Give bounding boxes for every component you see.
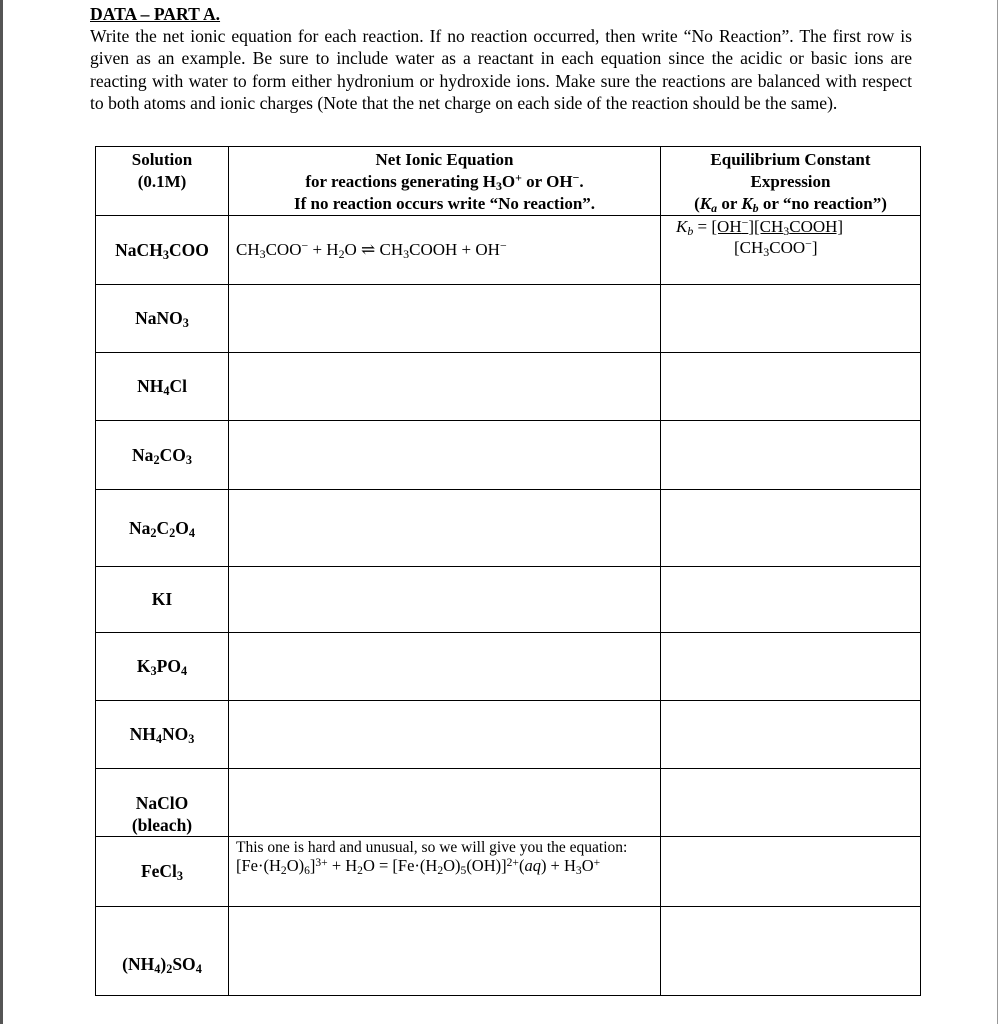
viewer-right-edge: [997, 0, 998, 1024]
table-row: KI: [96, 567, 921, 633]
instructions-text: Write the net ionic equation for each re…: [90, 25, 912, 114]
section-heading: DATA – PART A.: [90, 3, 912, 25]
equation-cell[interactable]: [229, 421, 661, 490]
k-expression-cell[interactable]: [661, 421, 921, 490]
table-row: NH4Cl: [96, 353, 921, 421]
solution-cell: K3PO4: [96, 633, 229, 701]
equation-cell[interactable]: [229, 285, 661, 353]
k-expression-cell[interactable]: [661, 633, 921, 701]
solution-cell: NH4Cl: [96, 353, 229, 421]
equation-cell[interactable]: [229, 701, 661, 769]
k-expression-cell[interactable]: [661, 769, 921, 837]
k-expression-cell[interactable]: [661, 285, 921, 353]
solution-cell: NaCH3COO: [96, 216, 229, 285]
data-table: Solution (0.1M) Net Ionic Equation for r…: [95, 146, 921, 996]
equation-cell[interactable]: [229, 633, 661, 701]
header-equation: Net Ionic Equation for reactions generat…: [229, 147, 661, 216]
table-row: NaCH3COO CH3COO− + H2O ⇌ CH3COOH + OH− K…: [96, 216, 921, 285]
header-solution: Solution (0.1M): [96, 147, 229, 216]
solution-cell: Na2CO3: [96, 421, 229, 490]
table-row: Na2C2O4: [96, 490, 921, 567]
equation-cell[interactable]: [229, 567, 661, 633]
header-equation-subtitle: for reactions generating H3O+ or OH−.: [229, 171, 660, 193]
solution-cell: KI: [96, 567, 229, 633]
given-equation: [Fe·(H2O)6]3+ + H2O = [Fe·(H2O)5(OH)]2+(…: [236, 857, 660, 875]
solution-cell: Na2C2O4: [96, 490, 229, 567]
equation-cell[interactable]: [229, 490, 661, 567]
table-row: K3PO4: [96, 633, 921, 701]
table-row: FeCl3 This one is hard and unusual, so w…: [96, 837, 921, 907]
k-expression-cell[interactable]: [661, 353, 921, 421]
solution-cell: NaNO3: [96, 285, 229, 353]
header-row: Solution (0.1M) Net Ionic Equation for r…: [96, 147, 921, 216]
equation-cell[interactable]: [229, 907, 661, 996]
viewer-left-edge: [0, 0, 3, 1024]
instructions-block: DATA – PART A. Write the net ionic equat…: [90, 3, 912, 114]
solution-cell: (NH4)2SO4: [96, 907, 229, 996]
table-row: NaNO3: [96, 285, 921, 353]
equation-cell[interactable]: [229, 769, 661, 837]
solution-cell: FeCl3: [96, 837, 229, 907]
table-row: (NH4)2SO4: [96, 907, 921, 996]
equation-cell[interactable]: [229, 353, 661, 421]
k-expression-cell[interactable]: [661, 567, 921, 633]
k-expression-cell[interactable]: [661, 837, 921, 907]
solution-cell: NH4NO3: [96, 701, 229, 769]
table-row: Na2CO3: [96, 421, 921, 490]
k-expression-cell[interactable]: [661, 907, 921, 996]
equation-cell[interactable]: CH3COO− + H2O ⇌ CH3COOH + OH−: [229, 216, 661, 285]
equation-note: This one is hard and unusual, so we will…: [236, 839, 660, 857]
solution-cell: NaClO(bleach): [96, 769, 229, 837]
equation-cell[interactable]: This one is hard and unusual, so we will…: [229, 837, 661, 907]
table-row: NaClO(bleach): [96, 769, 921, 837]
k-expression-cell[interactable]: [661, 701, 921, 769]
k-expression-cell[interactable]: [661, 490, 921, 567]
table-row: NH4NO3: [96, 701, 921, 769]
header-k-expression: Equilibrium Constant Expression (Ka or K…: [661, 147, 921, 216]
k-expression-cell[interactable]: Kb = [OH−][CH3COOH] [CH3COO−]: [661, 216, 921, 285]
